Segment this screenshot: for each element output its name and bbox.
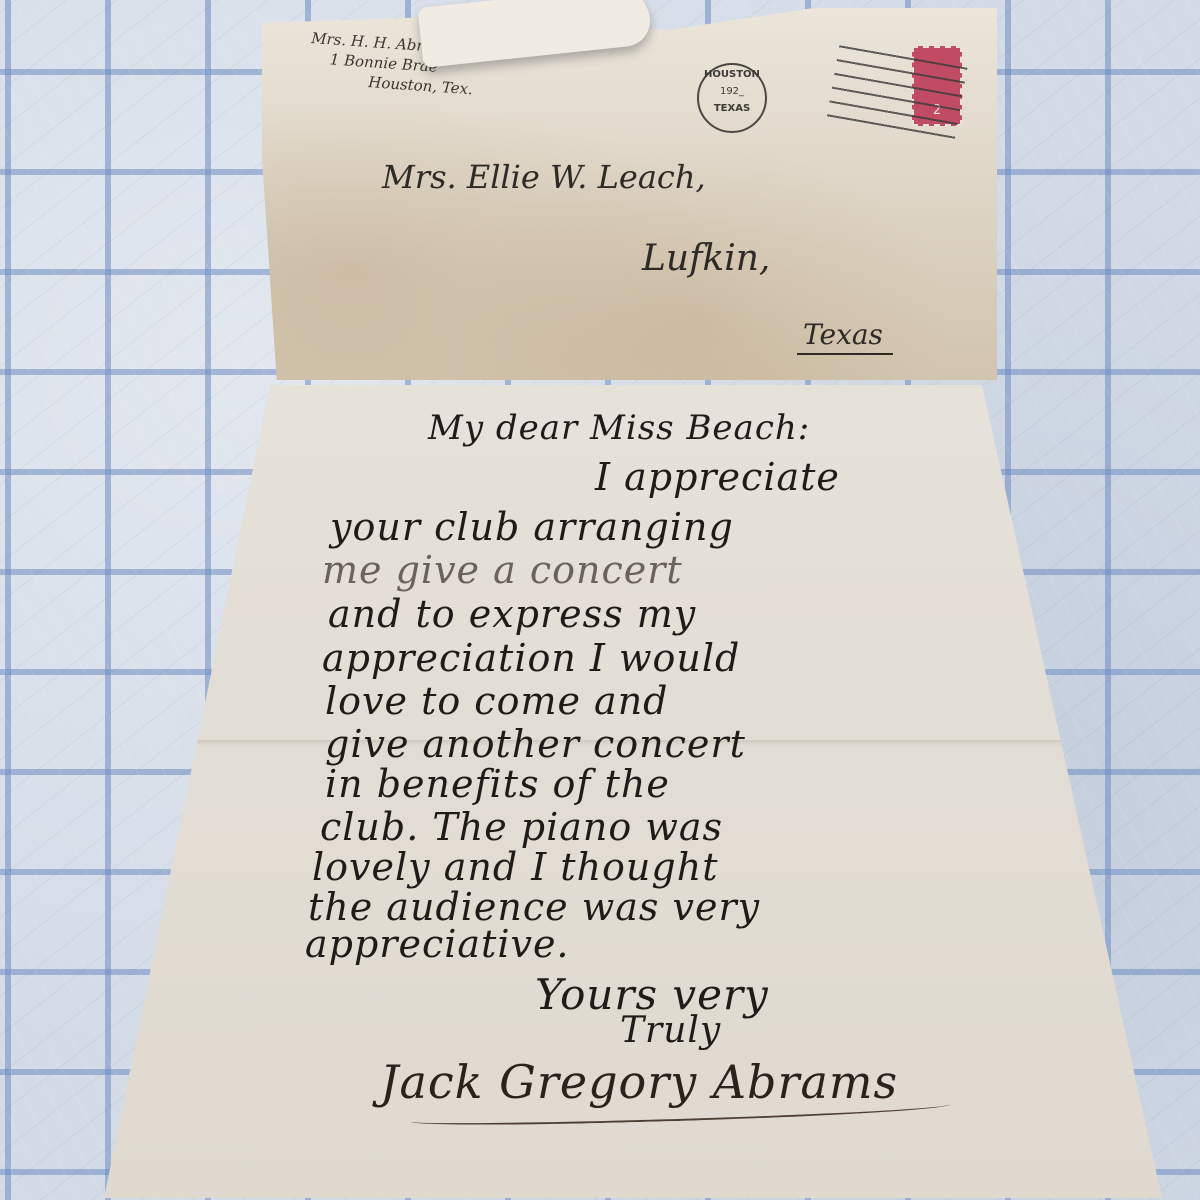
- letter-line-3: me give a concert: [322, 548, 683, 592]
- letter-line-6: love to come and: [325, 679, 669, 723]
- letter-line-9: club. The piano was: [320, 805, 723, 849]
- letter-line-4: and to express my: [328, 592, 696, 636]
- letter-closing-2: Truly: [620, 1010, 721, 1051]
- letter-line-8: in benefits of the: [325, 762, 670, 806]
- letter-line-10: lovely and I thought: [312, 845, 718, 889]
- letter-line-2: your club arranging: [330, 505, 734, 549]
- letter-salutation: My dear Miss Beach:: [428, 408, 810, 448]
- letter-line-1: I appreciate: [595, 455, 840, 499]
- letter-line-12: appreciative.: [305, 922, 570, 966]
- letter-line-7: give another concert: [325, 722, 746, 766]
- letter-line-5: appreciation I would: [322, 636, 740, 680]
- letter-text: My dear Miss Beach: I appreciate your cl…: [0, 0, 1200, 1200]
